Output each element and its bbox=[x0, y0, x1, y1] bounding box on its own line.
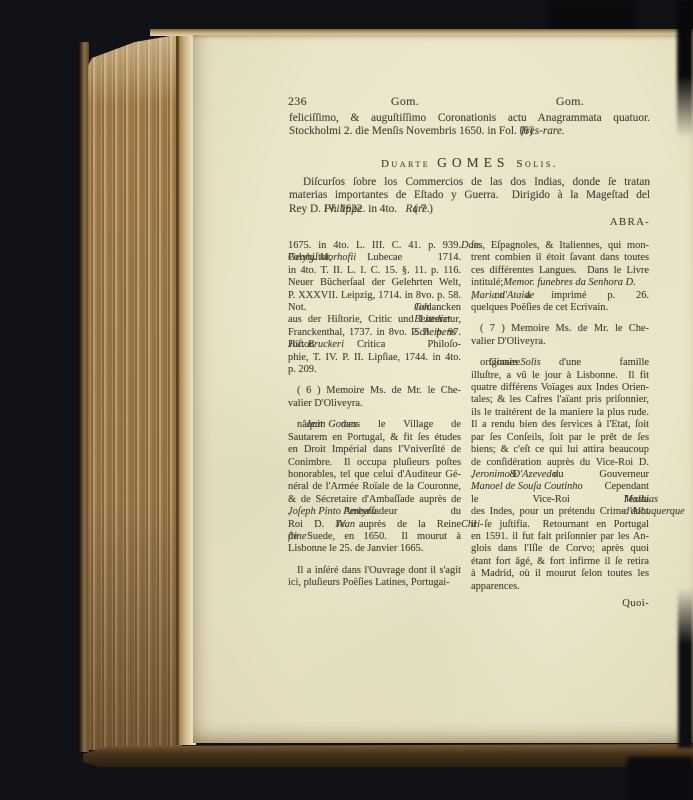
running-head-left: Gom. bbox=[340, 94, 470, 109]
entry-heading-forename: Duarte bbox=[381, 158, 430, 170]
paragraph: 1675. in 4to. L. III. C. 41. p. 939. Dan… bbox=[288, 240, 461, 376]
continuation-paragraph: feliciſſimo, & auguſtiſſimo Coronationis… bbox=[289, 112, 650, 139]
text-line: in 4to. T. II. L. I. C. 15. §. 11. p. 11… bbox=[288, 265, 461, 277]
bottom-binding-board bbox=[83, 744, 693, 767]
text-line: illuſtre, a vû le jour à Lisbonne. Il fi… bbox=[471, 370, 649, 382]
text-line: quelques Poëſies de cet Ecrivain. bbox=[471, 302, 649, 314]
catchword-bottom: Quoi- bbox=[471, 598, 649, 609]
text-line: Jean Gomes nâquit dans le Village de bbox=[288, 419, 461, 431]
entry-title-paragraph: Diſcurſos ſobre los Commercios de las do… bbox=[289, 176, 650, 216]
text-line: phie, T. IV. P. II. Lipſiae, 1744. in 4t… bbox=[288, 352, 461, 364]
text-line: biens; & c'eſt ce qui lui attira beaucou… bbox=[471, 444, 649, 456]
text-line: Conimbre. Il occupa pluſieurs poſtes bbox=[288, 457, 461, 469]
text-line: Il a rendu bien des ſervices à l'Etat, ſ… bbox=[471, 419, 649, 431]
text-line: ſtine de Suede, en 1650. Il mourut à bbox=[288, 531, 461, 543]
table-shadow-bottom-right bbox=[627, 757, 693, 800]
text-line: Not. Joh. Benedict Scheibens Gedancken bbox=[288, 302, 461, 314]
text-line: honorables, tel que celui d'Auditeur Gé- bbox=[288, 469, 461, 481]
text-line: ſes, Eſpagnoles, & Italiennes, qui mon- bbox=[471, 240, 649, 252]
text-line: en 1591. il fut fait priſonnier par les … bbox=[471, 531, 649, 543]
text-line: Maria d'Ataide, on a imprimé p. 26. bbox=[471, 290, 649, 302]
text-line: tales; & les Cafres l'aïant pris priſonn… bbox=[471, 394, 649, 406]
text-line: Rey D. Philippe IV. 1622. in 4to. Rare. … bbox=[289, 203, 650, 216]
text-line: Joſeph Pinto Pereyra, Ambaſſadeur du bbox=[288, 506, 461, 518]
text-line: p. 209. bbox=[288, 364, 461, 376]
text-line: P. XXXVII. Leipzig, 1714. in 8vo. p. 58. bbox=[288, 290, 461, 302]
paragraph: Jean Gomes nâquit dans le Village deSaut… bbox=[288, 419, 461, 555]
text-line: ils le traitérent de la maniere la plus … bbox=[471, 407, 649, 419]
text-line: intitulé; Memor. funebres da Senhora D. bbox=[471, 277, 649, 289]
text-line: ( 7 ) Memoire Ms. de Mr. le Che- bbox=[471, 323, 649, 335]
text-line: Jeronimo D'Azevedo, & du Gouverneur bbox=[471, 469, 649, 481]
text-line: Georg. Morhofii Polyhiſtor, Lubecae 1714… bbox=[288, 252, 461, 264]
text-line: feliciſſimo, & auguſtiſſimo Coronationis… bbox=[289, 112, 650, 125]
text-line: Sautarem en Portugal, & fit ſes études bbox=[288, 432, 461, 444]
text-line: ( 6 ) Memoire Ms. de Mr. le Che- bbox=[288, 385, 461, 397]
text-line: 1675. in 4to. L. III. C. 41. p. 939. Dan… bbox=[288, 240, 461, 252]
page-edge-shadow-top-right bbox=[677, 0, 693, 138]
text-line: valier D'Oliveyra. bbox=[288, 398, 461, 410]
text-line: le Vice-Roi Mathias d'Albuquerque l'exil… bbox=[471, 494, 649, 506]
right-column: ſes, Eſpagnoles, & Italiennes, qui mon-t… bbox=[471, 240, 649, 593]
text-line: glois dans l'Iſle de Corvo; après quoi bbox=[471, 543, 649, 555]
left-column: 1675. in 4to. L. III. C. 41. p. 939. Dan… bbox=[288, 240, 461, 590]
text-line: néral de l'Armée Roïale de la Couronne, bbox=[288, 481, 461, 493]
text-line: à Madrid, où il mourut ſelon toutes les bbox=[471, 568, 649, 580]
text-line: en Droit Impérial dans l'Vniverſité de bbox=[288, 444, 461, 456]
running-head-right: Gom. bbox=[505, 94, 635, 109]
paragraph: ſes, Eſpagnoles, & Italiennes, qui mon-t… bbox=[471, 240, 649, 314]
text-line: des Indes, pour un prétendu Crime dont bbox=[471, 506, 649, 518]
text-line: Neuer Bücherſaal der Gelehrten Welt, bbox=[288, 277, 461, 289]
text-line: Lisbonne le 25. de Janvier 1665. bbox=[288, 543, 461, 555]
page-number: 236 bbox=[288, 94, 338, 109]
text-line: par ſes Conſeils, ſoit par le prêt de ſe… bbox=[471, 432, 649, 444]
text-line: de conſidération auprès du Vice-Roi D. bbox=[471, 457, 649, 469]
text-line: Manoel de Souſa Coutinho. Cependant bbox=[471, 481, 649, 493]
text-line: valier D'Oliveyra. bbox=[471, 336, 649, 348]
book-fore-edge-pages bbox=[88, 34, 182, 750]
paragraph: Gomes Solis originaire d'une familleillu… bbox=[471, 357, 649, 593]
paragraph: ( 6 ) Memoire Ms. de Mr. le Che-valier D… bbox=[288, 385, 461, 410]
text-line: il ſe juſtifia. Retournant en Portugal bbox=[471, 519, 649, 531]
page-edge-shadow-bottom-right bbox=[678, 588, 693, 748]
text-line: trent combien il étoit ſavant dans toute… bbox=[471, 252, 649, 264]
book-photo-scene: 236 Gom. Gom. feliciſſimo, & auguſtiſſim… bbox=[0, 0, 693, 800]
text-line: ici, pluſieurs Poëſies Latines, Portugai… bbox=[288, 577, 461, 589]
text-line: ces différentes Langues. Dans le Livre bbox=[471, 265, 649, 277]
text-line: étant fort âgé, & fort infirme il ſe ret… bbox=[471, 556, 649, 568]
book-cover-edge bbox=[79, 42, 89, 752]
entry-heading-surname: GOMES bbox=[430, 155, 516, 170]
text-line: & de Sécretaire d'Ambaſſade auprès de bbox=[288, 494, 461, 506]
text-line: Il a inſéré dans l'Ouvrage dont il s'agi… bbox=[288, 565, 461, 577]
text-line: apparences. bbox=[471, 581, 649, 593]
paragraph: Il a inſéré dans l'Ouvrage dont il s'agi… bbox=[288, 565, 461, 590]
text-line: Diſcurſos ſobre los Commercios de las do… bbox=[289, 176, 650, 189]
paragraph: ( 7 ) Memoire Ms. de Mr. le Che-valier D… bbox=[471, 323, 649, 348]
text-line: Stockholmi 2. die Menſis Novembris 1650.… bbox=[289, 125, 650, 138]
entry-heading-epithet: Solis. bbox=[516, 158, 558, 170]
catchword-top: ABRA- bbox=[289, 216, 650, 228]
text-line: quatre différens Voïages aux Indes Orien… bbox=[471, 382, 649, 394]
text-line: Jac. Bruckeri Hiſtor. Critica Philoſo- bbox=[288, 339, 461, 351]
text-line: materias importantes de Eſtado y Guerra.… bbox=[289, 189, 650, 202]
text-line: Roi D. Jean IV. auprès de la Reine Chri- bbox=[288, 519, 461, 531]
text-line: Gomes Solis originaire d'une famille bbox=[471, 357, 649, 369]
entry-heading: DuarteGOMESSolis. bbox=[289, 155, 650, 172]
